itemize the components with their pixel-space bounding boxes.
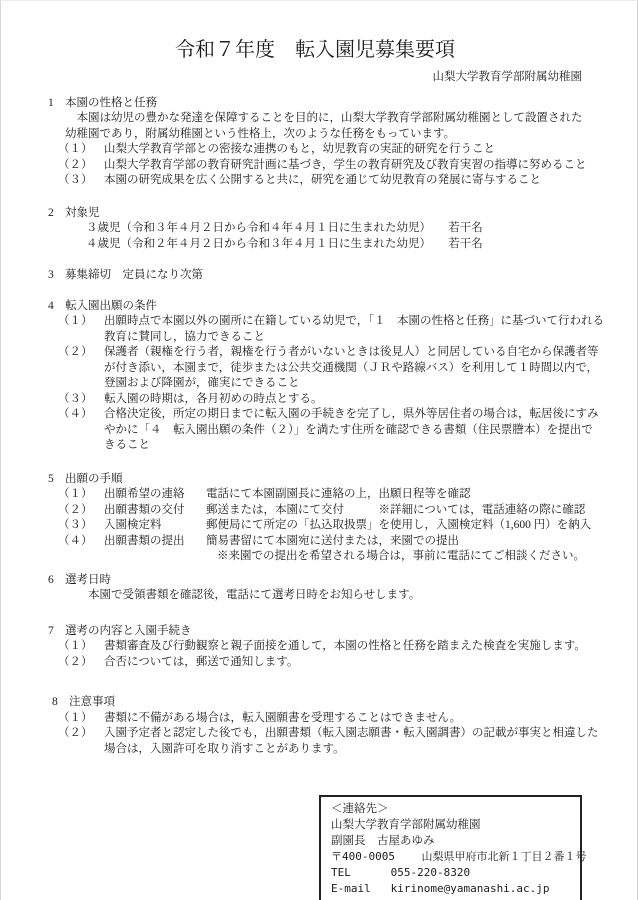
section-heading: 5 出願の手順 (48, 472, 582, 488)
procedure-steps: （１） 出願希望の連絡 電話にて本園副園長に連絡の上，出願日程等を確認 （２） … (58, 487, 582, 549)
item-label: （４） (58, 407, 104, 454)
item-text-line: が付き添い，本園まで，徒歩または公共交通機関（ＪＲや路線バス）を利用して１時間以… (104, 361, 599, 377)
list-item: （３） 転入園の時期は，各月初めの時点とする。 (58, 392, 582, 408)
section-screening-content: 7 選考の内容と入園手続き （１） 書類審査及び行動観察と親子面接を通して，本園… (48, 624, 582, 671)
step-label: （３） (58, 518, 104, 534)
item-label: （３） (58, 392, 104, 408)
section-application-procedure: 5 出願の手順 （１） 出願希望の連絡 電話にて本園副園長に連絡の上，出願日程等… (48, 472, 582, 565)
section-number: 4 (48, 299, 65, 315)
item-label: （２） (58, 345, 104, 392)
numbered-list: （１） 山梨大学教育学部との密接な連携のもと，幼児教育の実証的研究を行うこと （… (58, 142, 582, 189)
list-item: （３） 本園の研究成果を広く公開すると共に，研究を通じて幼児教育の発展に寄与する… (58, 173, 582, 189)
step-name: 出願希望の連絡 (104, 487, 206, 503)
paragraph-line: 本園で受領書類を確認後，電話にて選考日時をお知らせします。 (88, 588, 582, 604)
item-text-line: 転入園の時期は，各月初めの時点とする。 (104, 392, 582, 408)
list-item: （２） 合否については，郵送で通知します。 (58, 655, 582, 671)
list-item: （１） 書類審査及び行動観察と親子面接を通して，本園の性格と任務を踏まえた検査を… (58, 639, 582, 655)
note-line: ※来園での提出を希望される場合は，事前に電話にてご相談ください。 (217, 549, 582, 565)
section-intro: 本園は幼児の豊かな発達を保障することを目的に，山梨大学教育学部附属幼稚園として設… (65, 111, 582, 142)
section-title: 転入園出願の条件 (65, 299, 157, 315)
section-title: 本園の性格と任務 (65, 96, 157, 112)
section-screening-datetime: 6 選考日時 本園で受領書類を確認後，電話にて選考日時をお知らせします。 (48, 573, 582, 604)
age-group-line: ３歳児（令和３年４月２日から令和４年４月１日に生まれた幼児） 若干名 (86, 221, 582, 237)
step-description: 簡易書留にて本園宛に送付または，来園での提出 (206, 534, 582, 550)
contact-person: 副園長 古屋あゆみ (331, 834, 570, 850)
item-text-line: やかに「４ 転入園出願の条件（２）」を満たす住所を確認できる書類（住民票謄本）を… (104, 423, 599, 439)
paragraph-line: 幼稚園であり，附属幼稚園という性格上，次のような任務をもっています。 (65, 127, 582, 143)
numbered-list: （１） 出願時点で本園以外の園所に在籍している幼児で，「１ 本園の性格と任務」に… (58, 314, 582, 454)
section-title: 出願の手順 (65, 472, 123, 488)
section-number: 8 (52, 695, 69, 711)
age-group-line: ４歳児（令和２年４月２日から令和３年４月１日に生まれた幼児） 若干名 (86, 237, 582, 253)
step-label: （４） (58, 534, 104, 550)
section-heading: 4 転入園出願の条件 (48, 299, 582, 315)
item-text-line: 合否については，郵送で通知します。 (104, 655, 582, 671)
paragraph-line: 本園は幼児の豊かな発達を保障することを目的に，山梨大学教育学部附属幼稚園として設… (65, 111, 582, 127)
list-item: （２） 山梨大学教育学部の教育研究計画に基づき，学生の教育研究及び教育実習の指導… (58, 158, 582, 174)
list-item: （２） 保護者（親権を行う者，親権を行う者がいないときは後見人）と同居している自… (58, 345, 582, 392)
section-title: 注意事項 (69, 695, 115, 711)
section-title: 選考日時 (65, 573, 111, 589)
organization-name: 山梨大学教育学部附属幼稚園 (48, 70, 582, 86)
section-title: 募集締切 定員になり次第 (65, 268, 203, 284)
item-label: （１） (58, 314, 104, 345)
section-transfer-application-conditions: 4 転入園出願の条件 （１） 出願時点で本園以外の園所に在籍している幼児で，「１… (48, 299, 582, 454)
item-label: （１） (58, 142, 104, 158)
step-name: 出願書類の交付 (104, 503, 206, 519)
contact-header: ＜連絡先＞ (331, 802, 570, 818)
section-number: 2 (48, 206, 65, 222)
section-number: 5 (48, 472, 65, 488)
contact-email: E-mail kirinome@yamanashi.ac.jp (331, 881, 570, 897)
section-heading: 2 対象児 (48, 206, 582, 222)
item-text-line: 書類に不備がある場合は，転入園願書を受理することはできません。 (104, 711, 582, 727)
contact-postal-address: 〒400-0005 山梨県甲府市北新１丁目２番１号 (331, 849, 570, 865)
list-item: （１） 出願時点で本園以外の園所に在籍している幼児で，「１ 本園の性格と任務」に… (58, 314, 582, 345)
item-label: （１） (58, 711, 104, 727)
item-text-line: 山梨大学教育学部との密接な連携のもと，幼児教育の実証的研究を行うこと (104, 142, 582, 158)
numbered-list: （１） 書類に不備がある場合は，転入園願書を受理することはできません。 （２） … (58, 711, 582, 758)
item-text-line: 教育に賛同し，協力できること (104, 330, 604, 346)
item-text-line: 合格決定後，所定の期日までに転入園の手続きを完了し，県外等居住者の場合は，転居後… (104, 407, 599, 423)
section-heading: 3 募集締切 定員になり次第 (48, 268, 582, 284)
step-name: 出願書類の提出 (104, 534, 206, 550)
item-label: （３） (58, 173, 104, 189)
section-title: 対象児 (65, 206, 100, 222)
section-number: 6 (48, 573, 65, 589)
section-heading: 6 選考日時 (48, 573, 582, 589)
procedure-step: （１） 出願希望の連絡 電話にて本園副園長に連絡の上，出願日程等を確認 (58, 487, 582, 503)
step-description: 郵便局にて所定の「払込取扱票」を使用し，入園検定料（1,600 円）を納入 (206, 518, 591, 534)
page-title: 令和７年度 転入園児募集要項 (48, 37, 582, 63)
section-heading: 1 本園の性格と任務 (48, 96, 582, 112)
item-text-line: 保護者（親権を行う者，親権を行う者がいないときは後見人）と同居している自宅から保… (104, 345, 599, 361)
step-name: 入園検定料 (104, 518, 206, 534)
document-page: 令和７年度 転入園児募集要項 山梨大学教育学部附属幼稚園 1 本園の性格と任務 … (0, 0, 638, 900)
item-text-line: 山梨大学教育学部の教育研究計画に基づき，学生の教育研究及び教育実習の指導に努める… (104, 158, 587, 174)
item-text-line: 書類審査及び行動観察と親子面接を通して，本園の性格と任務を踏まえた検査を実施しま… (104, 639, 586, 655)
section-number: 3 (48, 268, 65, 284)
section-cautions: 8 注意事項 （１） 書類に不備がある場合は，転入園願書を受理することはできませ… (48, 695, 582, 757)
item-text-line: 場合は，入園許可を取り消すことがあります。 (104, 742, 599, 758)
list-item: （２） 入園予定者と認定した後でも，出願書類（転入園志願書・転入園調書）の記載が… (58, 726, 582, 757)
procedure-step: （４） 出願書類の提出 簡易書留にて本園宛に送付または，来園での提出 (58, 534, 582, 550)
item-text-line: 登園および降園が，確実にできること (104, 376, 599, 392)
item-label: （２） (58, 726, 104, 757)
procedure-step: （２） 出願書類の交付 郵送または，本園にて交付 ※詳細については，電話連絡の際… (58, 503, 582, 519)
section-number: 1 (48, 96, 65, 112)
item-text-line: 本園の研究成果を広く公開すると共に，研究を通じて幼児教育の発展に寄与すること (104, 173, 582, 189)
item-label: （２） (58, 655, 104, 671)
procedure-step: （３） 入園検定料 郵便局にて所定の「払込取扱票」を使用し，入園検定料（1,60… (58, 518, 582, 534)
step-description: 郵送または，本園にて交付 ※詳細については，電話連絡の際に確認 (206, 503, 585, 519)
numbered-list: （１） 書類審査及び行動観察と親子面接を通して，本園の性格と任務を踏まえた検査を… (58, 639, 582, 670)
list-item: （１） 書類に不備がある場合は，転入園願書を受理することはできません。 (58, 711, 582, 727)
section-application-deadline: 3 募集締切 定員になり次第 (48, 268, 582, 284)
section-number: 7 (48, 624, 65, 640)
list-item: （１） 山梨大学教育学部との密接な連携のもと，幼児教育の実証的研究を行うこと (58, 142, 582, 158)
contact-organization: 山梨大学教育学部附属幼稚園 (331, 818, 570, 834)
section-heading: 8 注意事項 (52, 695, 582, 711)
section-title: 選考の内容と入園手続き (65, 624, 192, 640)
item-text-line: 入園予定者と認定した後でも，出願書類（転入園志願書・転入園調書）の記載が事実と相… (104, 726, 599, 742)
contact-box: ＜連絡先＞ 山梨大学教育学部附属幼稚園 副園長 古屋あゆみ 〒400-0005 … (319, 795, 582, 900)
list-item: （４） 合格決定後，所定の期日までに転入園の手続きを完了し，県外等居住者の場合は… (58, 407, 582, 454)
item-label: （２） (58, 158, 104, 174)
section-heading: 7 選考の内容と入園手続き (48, 624, 582, 640)
item-label: （１） (58, 639, 104, 655)
section-eligible-children: 2 対象児 ３歳児（令和３年４月２日から令和４年４月１日に生まれた幼児） 若干名… (48, 206, 582, 253)
step-label: （１） (58, 487, 104, 503)
contact-telephone: TEL 055-220-8320 (331, 865, 570, 881)
item-text-line: きること (104, 438, 599, 454)
section-character-and-duties: 1 本園の性格と任務 本園は幼児の豊かな発達を保障することを目的に，山梨大学教育… (48, 96, 582, 189)
step-description: 電話にて本園副園長に連絡の上，出願日程等を確認 (206, 487, 582, 503)
item-text-line: 出願時点で本園以外の園所に在籍している幼児で，「１ 本園の性格と任務」に基づいて… (104, 314, 604, 330)
step-label: （２） (58, 503, 104, 519)
